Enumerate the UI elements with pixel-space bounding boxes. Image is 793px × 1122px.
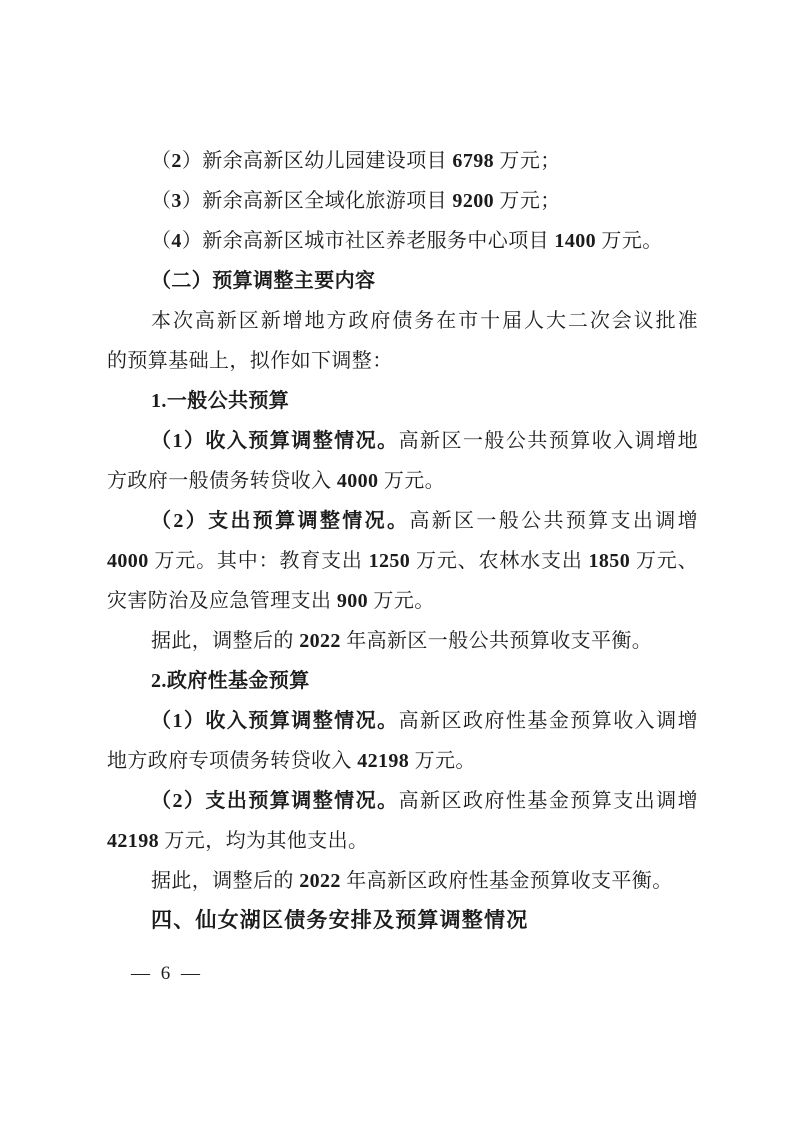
text-segment: 的预算基础上，拟作如下调整： <box>107 350 393 372</box>
text-segment: 高新区政府性基金预算支出调增 <box>399 790 698 812</box>
text-segment: 据此，调整后的 <box>151 870 299 892</box>
text-segment: ）收入预算调整情况。 <box>183 430 399 452</box>
text-segment: ）支出预算调整情况。 <box>183 790 399 812</box>
text-segment: ）新余高新区幼儿园建设项目 <box>182 150 453 172</box>
text-segment: 万元。其中：教育支出 <box>149 550 369 572</box>
para-gfb-expense-line1: （2）支出预算调整情况。高新区政府性基金预算支出调增 <box>107 781 698 821</box>
number-value: 900 <box>337 590 368 612</box>
number-value: 1250 <box>369 550 411 572</box>
text-segment: （ <box>151 790 172 812</box>
text-segment: （ <box>151 150 171 172</box>
text-segment: （ <box>151 430 172 452</box>
number-value: 1. <box>151 390 167 412</box>
text-segment: 据此，调整后的 <box>151 630 299 652</box>
number-value: 2022 <box>299 870 341 892</box>
text-segment: 高新区政府性基金预算收入调增 <box>399 710 698 732</box>
number-value: 6798 <box>452 150 494 172</box>
text-segment: 灾害防治及应急管理支出 <box>107 590 337 612</box>
text-segment: ）支出预算调整情况。 <box>184 510 410 532</box>
heading-govt-fund-budget: 2.政府性基金预算 <box>107 661 698 701</box>
page-number: — 6 — <box>131 963 203 984</box>
text-segment: 万元。 <box>378 470 445 492</box>
text-segment: 年高新区政府性基金预算收支平衡。 <box>341 870 673 892</box>
text-segment: 万元。 <box>409 750 476 772</box>
text-segment: ）新余高新区全域化旅游项目 <box>182 190 453 212</box>
text-segment: 万元； <box>494 150 561 172</box>
heading-xiannvhu-section: 四、仙女湖区债务安排及预算调整情况 <box>107 901 698 941</box>
para-gpb-income-line1: （1）收入预算调整情况。高新区一般公共预算收入调增地 <box>107 421 698 461</box>
text-segment: （ <box>151 510 173 532</box>
text-segment: （ <box>151 230 171 252</box>
text-segment: 地方政府专项债务转贷收入 <box>107 750 357 772</box>
text-segment: 万元，均为其他支出。 <box>159 830 368 852</box>
para-gfb-income-line1: （1）收入预算调整情况。高新区政府性基金预算收入调增 <box>107 701 698 741</box>
number-value: 1 <box>172 710 182 732</box>
item-project-eldercare: （4）新余高新区城市社区养老服务中心项目 1400 万元。 <box>107 221 698 261</box>
number-value: 2 <box>173 510 183 532</box>
text-segment: 高新区一般公共预算支出调增 <box>409 510 698 532</box>
text-segment: 方政府一般债务转贷收入 <box>107 470 337 492</box>
text-segment: （ <box>151 190 171 212</box>
text-segment: ）新余高新区城市社区养老服务中心项目 <box>182 230 555 252</box>
text-segment: 万元、 <box>630 550 698 572</box>
text-segment: ）收入预算调整情况。 <box>183 710 399 732</box>
number-value: 1400 <box>554 230 596 252</box>
heading-general-public-budget: 1.一般公共预算 <box>107 381 698 421</box>
text-segment: 万元。 <box>596 230 663 252</box>
number-value: 2. <box>151 670 167 692</box>
number-value: 1 <box>172 430 182 452</box>
heading-budget-adjustment-content: （二）预算调整主要内容 <box>107 261 698 301</box>
para-gpb-expense-line3: 灾害防治及应急管理支出 900 万元。 <box>107 581 698 621</box>
number-value: 42198 <box>107 830 159 852</box>
text-segment: （二）预算调整主要内容 <box>151 270 375 292</box>
number-value: 3 <box>171 190 181 212</box>
text-segment: （ <box>151 710 172 732</box>
document-body: （2）新余高新区幼儿园建设项目 6798 万元；（3）新余高新区全域化旅游项目 … <box>107 141 698 941</box>
number-value: 2 <box>171 150 181 172</box>
para-gpb-balance: 据此，调整后的 2022 年高新区一般公共预算收支平衡。 <box>107 621 698 661</box>
text-segment: 年高新区一般公共预算收支平衡。 <box>341 630 652 652</box>
text-segment: 一般公共预算 <box>167 390 289 412</box>
number-value: 1850 <box>589 550 631 572</box>
para-gfb-income-line2: 地方政府专项债务转贷收入 42198 万元。 <box>107 741 698 781</box>
number-value: 2022 <box>299 630 341 652</box>
text-segment: 高新区一般公共预算收入调增地 <box>399 430 698 452</box>
number-value: 4 <box>171 230 181 252</box>
para-gpb-expense-line2: 4000 万元。其中：教育支出 1250 万元、农林水支出 1850 万元、 <box>107 541 698 581</box>
text-segment: 万元、农林水支出 <box>410 550 588 572</box>
number-value: 42198 <box>357 750 409 772</box>
text-segment: 政府性基金预算 <box>167 670 310 692</box>
para-gpb-expense-line1: （2）支出预算调整情况。高新区一般公共预算支出调增 <box>107 501 698 541</box>
para-debt-approval-line2: 的预算基础上，拟作如下调整： <box>107 341 698 381</box>
number-value: 4000 <box>337 470 379 492</box>
text-segment: 万元。 <box>368 590 435 612</box>
para-gfb-balance: 据此，调整后的 2022 年高新区政府性基金预算收支平衡。 <box>107 861 698 901</box>
para-gfb-expense-line2: 42198 万元，均为其他支出。 <box>107 821 698 861</box>
number-value: 4000 <box>107 550 149 572</box>
item-project-tourism: （3）新余高新区全域化旅游项目 9200 万元； <box>107 181 698 221</box>
item-project-kindergarten: （2）新余高新区幼儿园建设项目 6798 万元； <box>107 141 698 181</box>
document-page: （2）新余高新区幼儿园建设项目 6798 万元；（3）新余高新区全域化旅游项目 … <box>0 0 793 1122</box>
text-segment: 四、仙女湖区债务安排及预算调整情况 <box>151 909 528 932</box>
number-value: 2 <box>172 790 182 812</box>
para-gpb-income-line2: 方政府一般债务转贷收入 4000 万元。 <box>107 461 698 501</box>
para-debt-approval-line1: 本次高新区新增地方政府债务在市十届人大二次会议批准 <box>107 301 698 341</box>
text-segment: 本次高新区新增地方政府债务在市十届人大二次会议批准 <box>151 310 698 332</box>
text-segment: 万元； <box>494 190 561 212</box>
page-footer: — 6 — <box>131 963 203 985</box>
number-value: 9200 <box>452 190 494 212</box>
